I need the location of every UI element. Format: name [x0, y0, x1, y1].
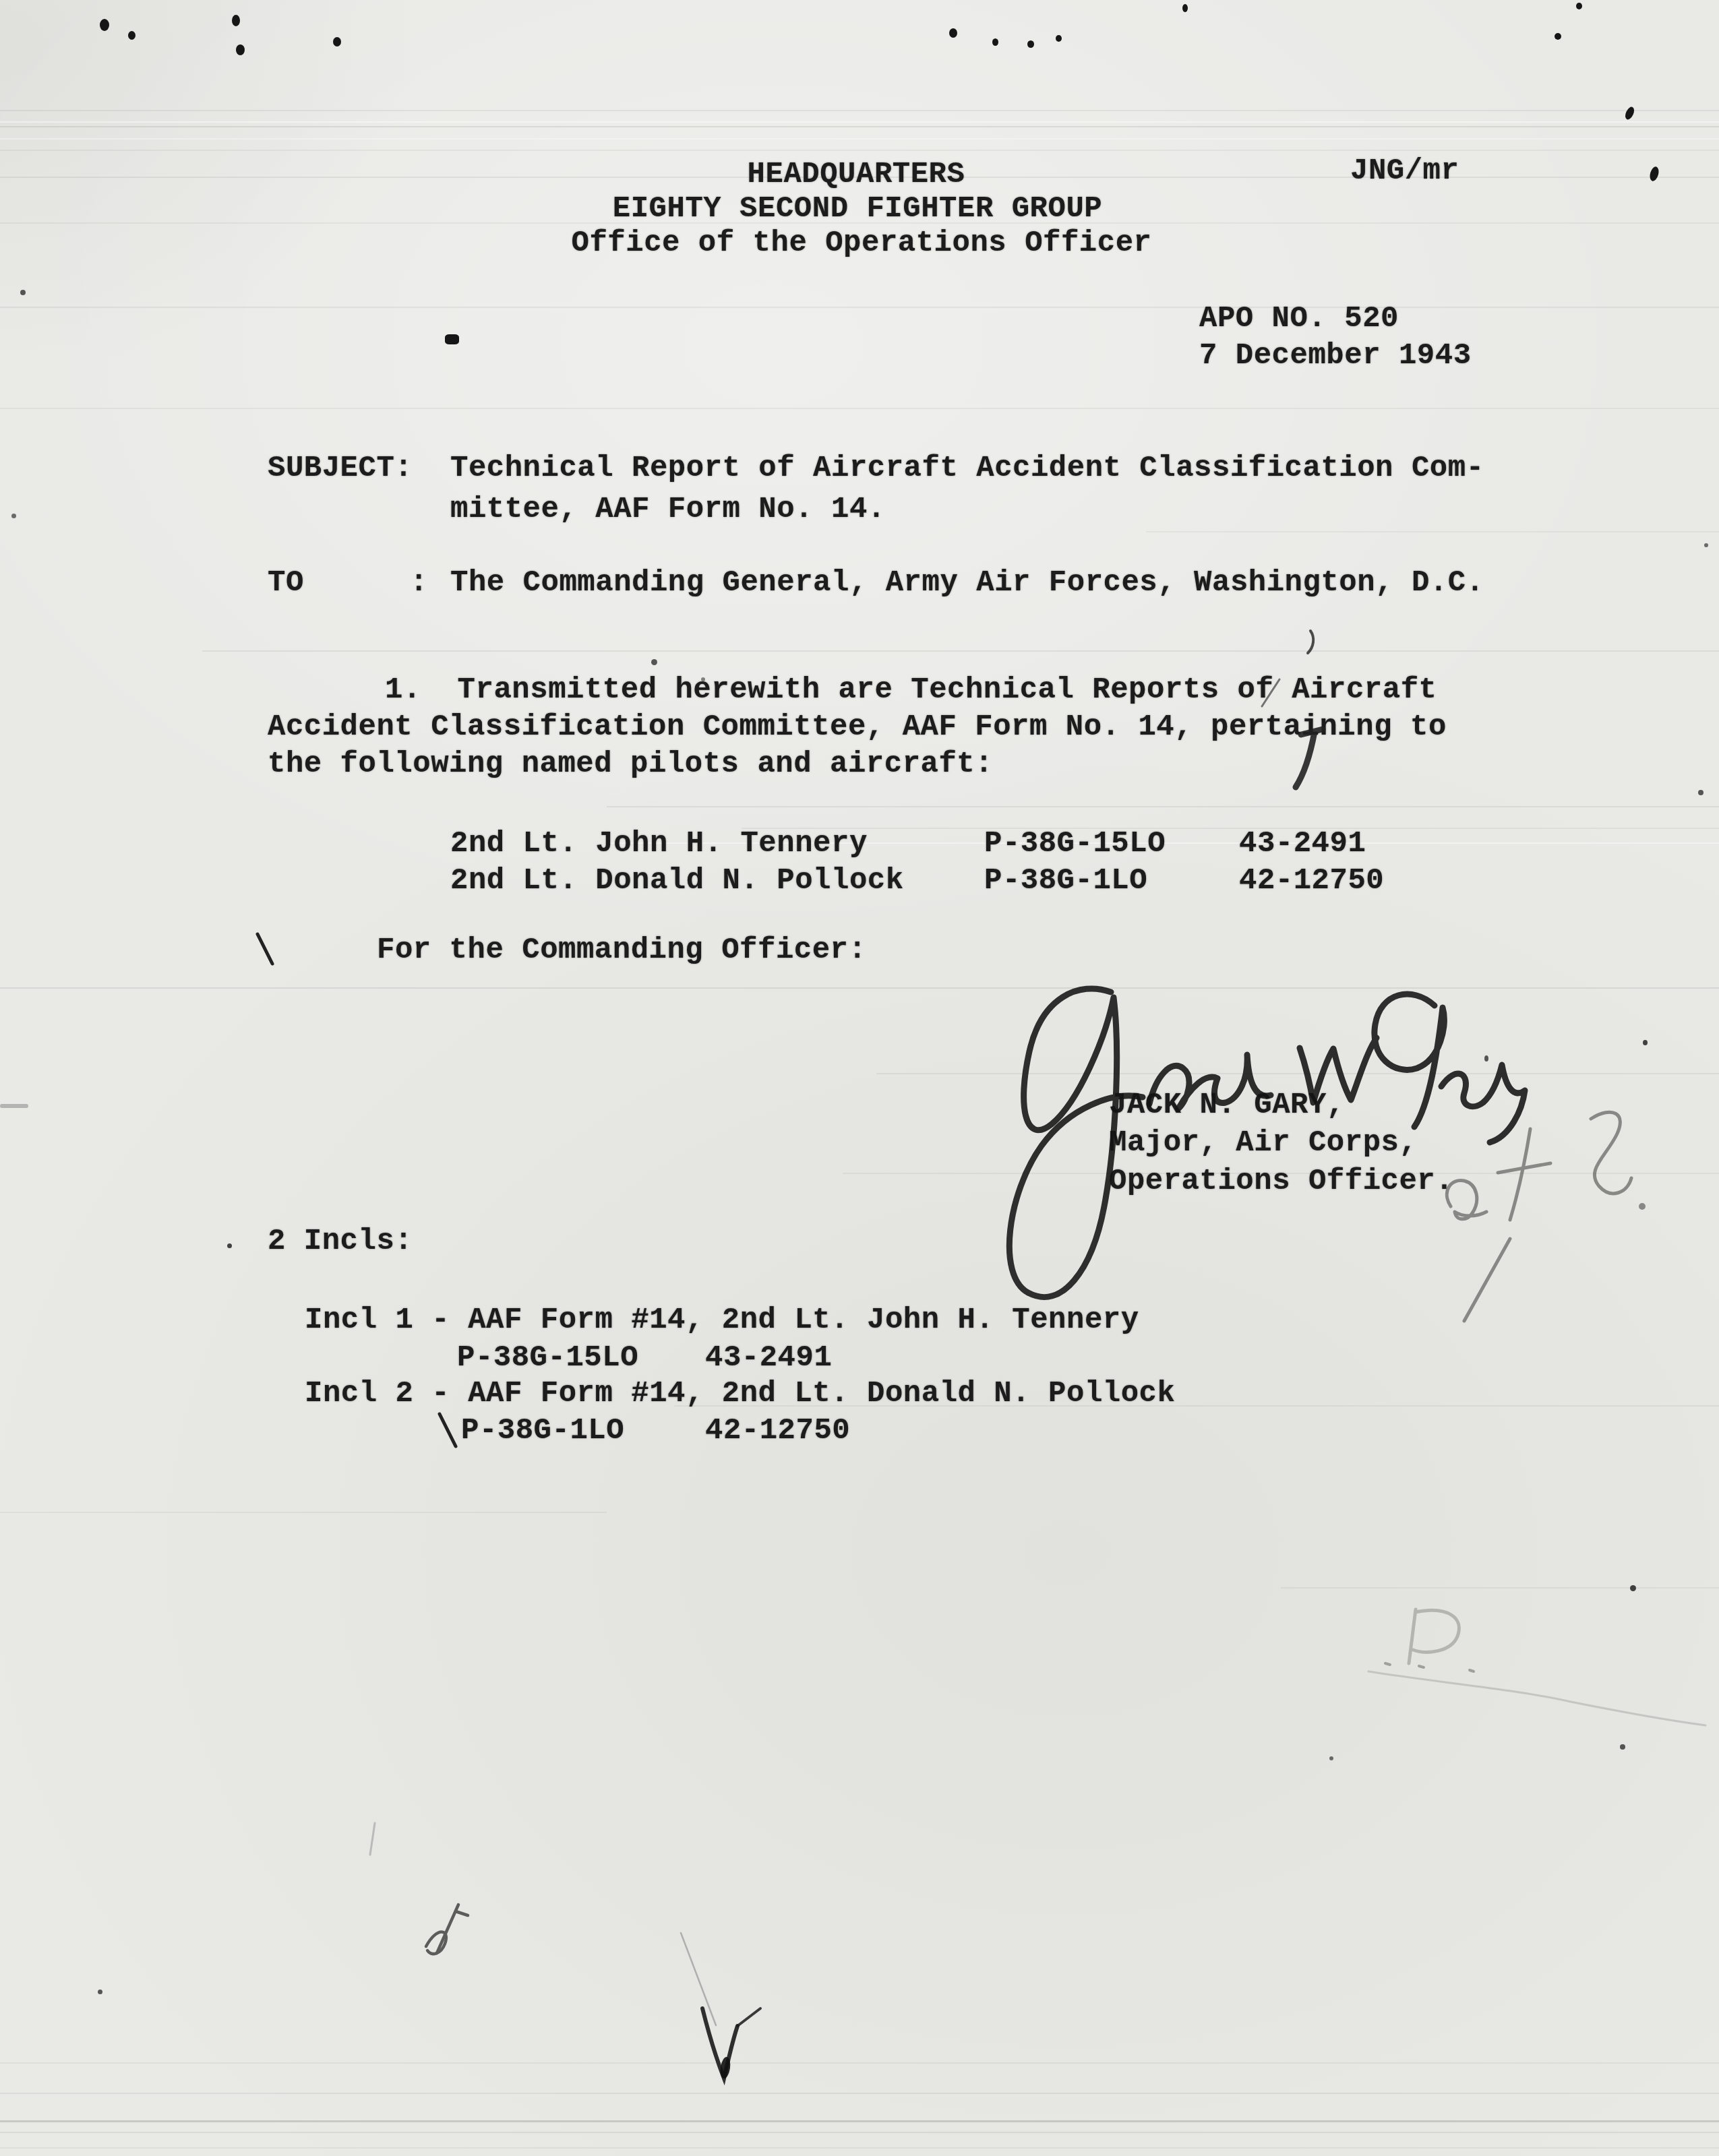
inclosure-2-line: Incl 2 - AAF Form #14, 2nd Lt. Donald N.… [305, 1378, 1175, 1410]
ink-speck [11, 514, 16, 518]
ink-speck [949, 28, 957, 38]
letterhead-line-2: EIGHTY SECOND FIGHTER GROUP [613, 193, 1102, 225]
scan-line-artifact [0, 307, 1719, 308]
paragraph-1-line-3: the following named pilots and aircraft: [268, 748, 993, 780]
inclosure-1-serial: 43-2491 [705, 1342, 832, 1374]
ink-speck [1182, 4, 1188, 12]
ink-speck [236, 44, 245, 55]
ink-speck [1329, 1756, 1333, 1760]
apo-number: APO NO. 520 [1199, 303, 1399, 335]
ink-speck [445, 334, 459, 344]
aircraft-serial: 42-12750 [1239, 865, 1384, 897]
ink-speck [1484, 1055, 1488, 1061]
ink-speck [1623, 106, 1635, 121]
inclosure-1-line: Incl 1 - AAF Form #14, 2nd Lt. John H. T… [305, 1304, 1139, 1336]
pencil-annotation-ts [1447, 1112, 1646, 1321]
ink-speck [333, 37, 341, 47]
paragraph-1-line-2: Accident Classification Committee, AAF F… [268, 711, 1447, 743]
pencil-scribble [426, 1905, 468, 1954]
scan-line-artifact [0, 150, 1719, 151]
scanned-memo-page: HEADQUARTERS EIGHTY SECOND FIGHTER GROUP… [0, 0, 1719, 2156]
ink-speck [1576, 3, 1582, 9]
scan-line-artifact [0, 126, 1719, 127]
scan-line-artifact [742, 828, 1719, 829]
ink-speck [1704, 543, 1708, 547]
signer-typed-name: JACK N. GARY, [1109, 1089, 1345, 1121]
pilot-name: 2nd Lt. John H. Tennery [450, 828, 868, 860]
ink-speck [1027, 40, 1034, 48]
ink-speck [128, 31, 135, 40]
signer-rank: Major, Air Corps, [1109, 1127, 1417, 1159]
subject-text-line-2: mittee, AAF Form No. 14. [450, 493, 886, 526]
ink-speck [1056, 35, 1062, 42]
date: 7 December 1943 [1199, 340, 1472, 372]
ink-speck [232, 15, 240, 26]
ink-speck [651, 659, 657, 665]
ink-speck [1620, 1744, 1625, 1750]
paragraph-1-line-1: 1. Transmitted herewith are Technical Re… [385, 674, 1437, 706]
scan-line-artifact [0, 2120, 1719, 2122]
scan-line-artifact [1146, 531, 1719, 532]
scan-line-artifact [1281, 1587, 1719, 1589]
inclosure-1-aircraft: P-38G-15LO [457, 1342, 638, 1374]
signer-title: Operations Officer. [1109, 1165, 1453, 1198]
ink-speck [1630, 1585, 1636, 1591]
aircraft-model: P-38G-1LO [984, 865, 1147, 897]
subject-label: SUBJECT: [268, 452, 413, 485]
scan-line-artifact [876, 1073, 1719, 1074]
to-colon: : [410, 567, 428, 599]
closing-line: For the Commanding Officer: [377, 934, 866, 966]
scan-line-artifact [0, 138, 1719, 140]
aircraft-model: P-38G-15LO [984, 828, 1166, 860]
ink-speck [0, 1104, 28, 1108]
scan-line-artifact [0, 408, 1719, 409]
ink-stroke [258, 631, 1323, 1855]
scan-line-artifact [0, 110, 1719, 111]
scan-line-artifact [0, 2132, 1719, 2133]
ink-speck [1698, 790, 1703, 795]
to-label: TO [268, 567, 304, 599]
ink-speck [20, 290, 26, 295]
inclosures-label: 2 Incls: [268, 1225, 413, 1258]
inclosure-2-aircraft: P-38G-1LO [461, 1415, 624, 1447]
pencil-letter-p [1368, 1609, 1706, 1725]
scan-line-artifact [0, 2062, 1719, 2064]
ink-check-mark [681, 1933, 760, 2079]
ink-speck [1648, 166, 1660, 182]
reference-code: JNG/mr [1350, 155, 1459, 187]
scan-line-artifact [0, 987, 1719, 989]
ink-speck [100, 19, 109, 31]
ink-speck [98, 1990, 102, 1994]
ink-speck [992, 38, 998, 46]
ink-speck [227, 1243, 232, 1248]
letterhead-line-3: Office of the Operations Officer [572, 227, 1152, 259]
scan-line-artifact [0, 121, 1719, 123]
scan-line-artifact [607, 806, 1719, 807]
pilot-name: 2nd Lt. Donald N. Pollock [450, 865, 904, 897]
letterhead-line-1: HEADQUARTERS [748, 158, 965, 191]
inclosure-2-serial: 42-12750 [705, 1415, 850, 1447]
scan-line-artifact [202, 650, 1719, 652]
subject-text-line-1: Technical Report of Aircraft Accident Cl… [450, 452, 1484, 485]
scan-line-artifact [0, 1512, 607, 1513]
ink-speck [1643, 1040, 1648, 1045]
scan-line-artifact [0, 2093, 1719, 2094]
to-text: The Commanding General, Army Air Forces,… [450, 567, 1484, 599]
ink-speck [1555, 33, 1561, 40]
aircraft-serial: 43-2491 [1239, 828, 1366, 860]
scan-line-artifact [0, 2147, 1719, 2149]
